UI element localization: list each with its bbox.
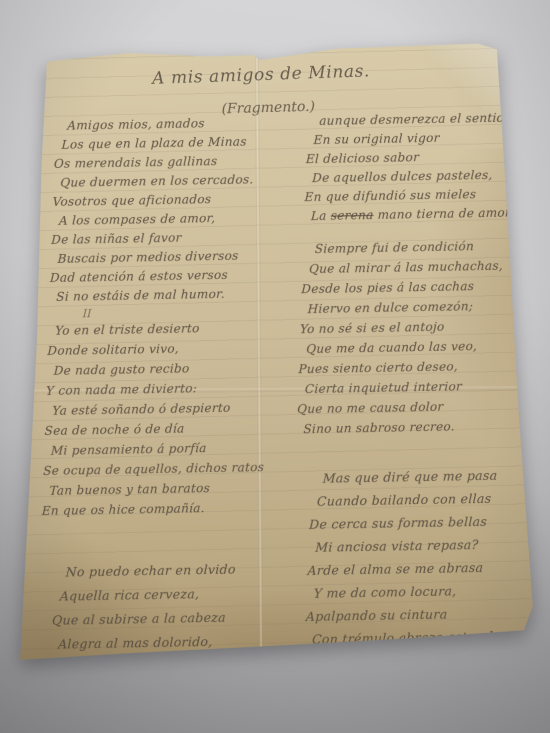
poem-stanza: Siempre fui de condiciónQue al mirar á l… (296, 235, 548, 439)
poem-line: aunque desmerezca el sentido (319, 108, 550, 131)
poem-line: Si no estáis de mal humor. (56, 284, 290, 307)
photo-background: A mis amigos de Minas. (Fragmento.) Amig… (0, 0, 550, 733)
poem-column-right: aunque desmerezca el sentidoEn su origin… (289, 108, 550, 651)
poem-line: Sino un sabroso recreo. (303, 415, 542, 439)
poem-line: En su original vigor (313, 127, 550, 150)
poem-line: Alegra al mas dolorido, (58, 629, 278, 657)
poem-line: En que difundió sus mieles (304, 184, 550, 207)
poem-stanza: Amigos mios, amadosLos que en la plaza d… (49, 113, 296, 307)
poem-line: De aquellos dulces pasteles, (312, 165, 550, 188)
poem-line: Que al mirar á las muchachas, (309, 255, 548, 279)
poem-line: Se ocupa de aquellos, dichos ratos (43, 457, 284, 481)
poem-line: La serena mano tierna de amor. (311, 203, 550, 226)
poem-stanza: aunque desmerezca el sentidoEn su origin… (304, 108, 550, 226)
poem-stanza: Mas que diré que me pasaCuando bailando … (305, 463, 541, 651)
poem-line: El delicioso sabor (306, 146, 550, 169)
poem-stanza: No puedo echar en olvidoAquella rica cer… (51, 557, 280, 657)
poem-line: Siempre fui de condición (314, 235, 548, 259)
poem-column-left: Amigos mios, amadosLos que en la plaza d… (37, 113, 296, 657)
stanza-marker: II (82, 307, 91, 320)
poem-stanza: IIYo en el triste desiertoDonde solitari… (41, 317, 288, 521)
manuscript-paper: A mis amigos de Minas. (Fragmento.) Amig… (8, 38, 542, 670)
poem-line: Con trémulo abrazo estrecho (312, 624, 535, 651)
paper-sheet: A mis amigos de Minas. (Fragmento.) Amig… (8, 38, 542, 670)
poem-title: A mis amigos de Minas. (126, 60, 397, 89)
corner-curl (410, 38, 511, 119)
poem-line: En que os hice compañía. (41, 497, 282, 521)
